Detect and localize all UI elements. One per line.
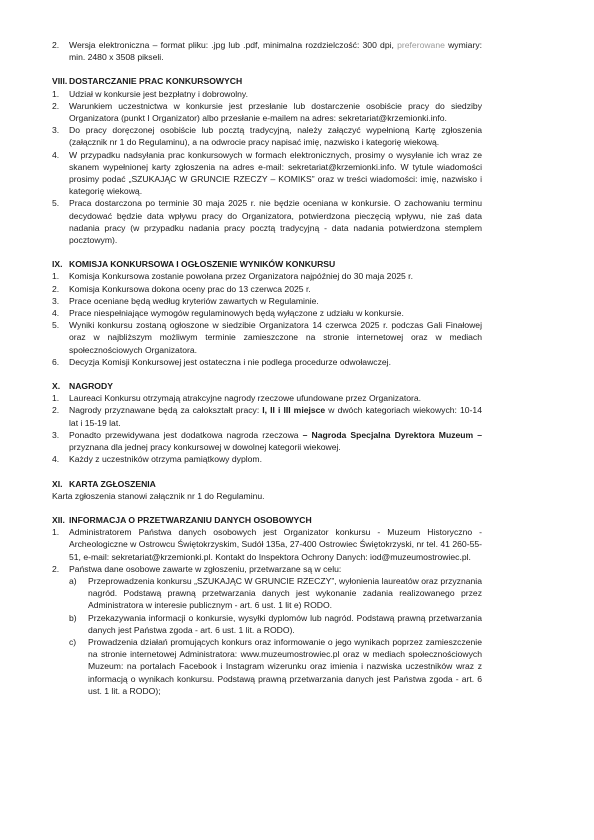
section-heading-viii: VIII. DOSTARCZANIE PRAC KONKURSOWYCH [52, 75, 482, 87]
paragraph: Karta zgłoszenia stanowi załącznik nr 1 … [52, 490, 482, 502]
document-page: 2. Wersja elektroniczna – format pliku: … [0, 0, 594, 840]
list-item: 3.Ponadto przewidywana jest dodatkowa na… [52, 429, 482, 453]
sub-list-item: a)Przeprowadzenia konkursu „SZUKAJĄC W G… [69, 575, 482, 612]
section-heading-xii: XII. INFORMACJA O PRZETWARZANIU DANYCH O… [52, 514, 482, 526]
list-item: 4.Każdy z uczestników otrzyma pamiątkowy… [52, 453, 482, 465]
list-item: 5.Praca dostarczona po terminie 30 maja … [52, 197, 482, 246]
item-text: Wersja elektroniczna – format pliku: .jp… [69, 39, 482, 63]
list-item: 3.Prace oceniane będą według kryteriów z… [52, 295, 482, 307]
section-heading-ix: IX. KOMISJA KONKURSOWA I OGŁOSZENIE WYNI… [52, 258, 482, 270]
list-item: 2.Warunkiem uczestnictwa w konkursie jes… [52, 100, 482, 124]
list-item: 2.Nagrody przyznawane będą za całokształ… [52, 404, 482, 428]
item-number: 2. [52, 39, 69, 63]
list-item: 2. Wersja elektroniczna – format pliku: … [52, 39, 482, 63]
section-heading-x: X. NAGRODY [52, 380, 482, 392]
list-item: 2.Komisja Konkursowa dokona oceny prac d… [52, 283, 482, 295]
sub-list-item: c)Prowadzenia działań promujących konkur… [69, 636, 482, 697]
list-item: 1.Laureaci Konkursu otrzymają atrakcyjne… [52, 392, 482, 404]
list-item: 4.Prace niespełniające wymogów regulamin… [52, 307, 482, 319]
list-item: 1.Komisja Konkursowa zostanie powołana p… [52, 270, 482, 282]
document-content: 2. Wersja elektroniczna – format pliku: … [52, 39, 482, 697]
list-item: 6.Decyzja Komisji Konkursowej jest ostat… [52, 356, 482, 368]
list-item: 1.Administratorem Państwa danych osobowy… [52, 526, 482, 563]
sub-list-item: b)Przekazywania informacji o konkursie, … [69, 612, 482, 636]
list-item: 4.W przypadku nadsyłania prac konkursowy… [52, 149, 482, 198]
list-item: 1.Udział w konkursie jest bezpłatny i do… [52, 88, 482, 100]
list-item: 2.Państwa dane osobowe zawarte w zgłosze… [52, 563, 482, 575]
list-item: 3.Do pracy doręczonej osobiście lub pocz… [52, 124, 482, 148]
list-item: 5.Wyniki konkursu zostaną ogłoszone w si… [52, 319, 482, 356]
section-heading-xi: XI. KARTA ZGŁOSZENIA [52, 478, 482, 490]
